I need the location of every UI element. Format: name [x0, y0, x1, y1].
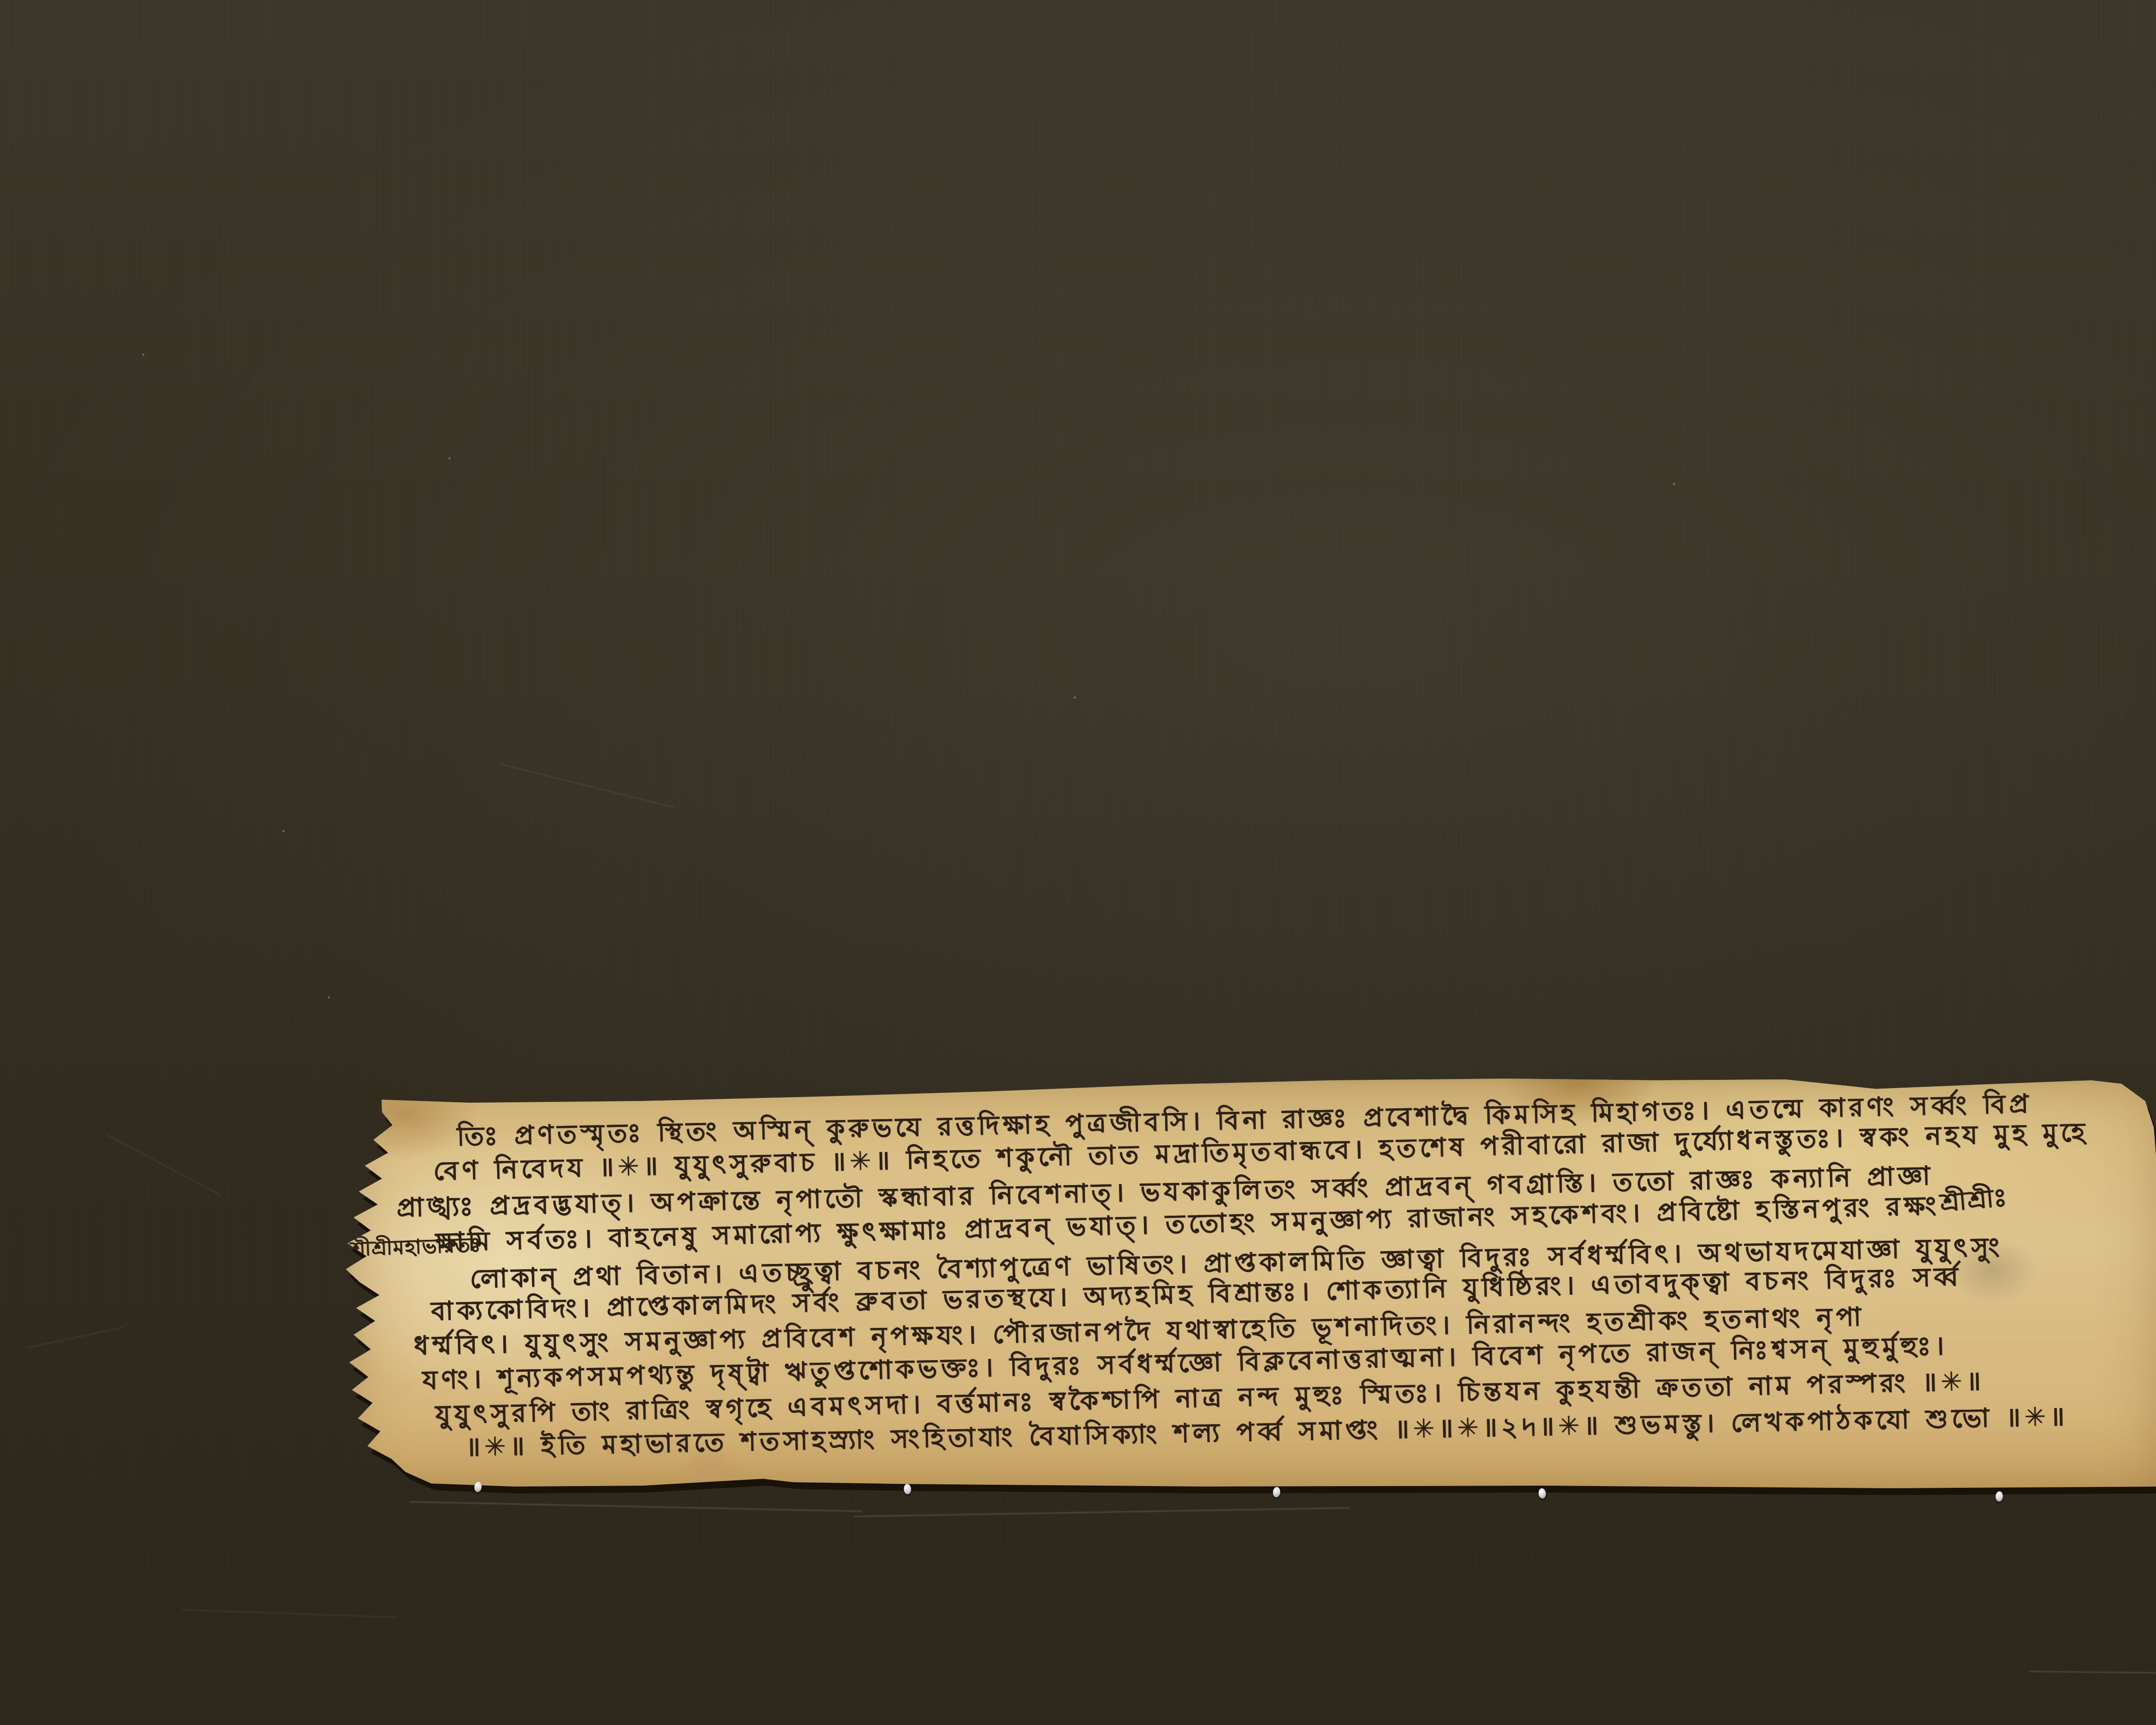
dust-speck [142, 354, 144, 356]
photo-backdrop: তিঃ প্রণতস্মৃতঃ স্থিতং অস্মিন্ কুরুভযে র… [0, 0, 2156, 1725]
dust-speck [1074, 696, 1076, 699]
manuscript-page: তিঃ প্রণতস্মৃতঃ স্থিতং অস্মিন্ কুরুভযে র… [341, 1076, 2156, 1496]
dust-speck [448, 457, 451, 459]
dust-speck [328, 996, 330, 998]
dust-speck [1673, 483, 1675, 485]
dust-speck [282, 830, 285, 832]
left-margin-inscription: শ্রীশ্রীমহাভারতঃ [350, 1229, 482, 1267]
right-margin-inscription: শ্রীশ্রীঃ [1939, 1178, 2010, 1225]
